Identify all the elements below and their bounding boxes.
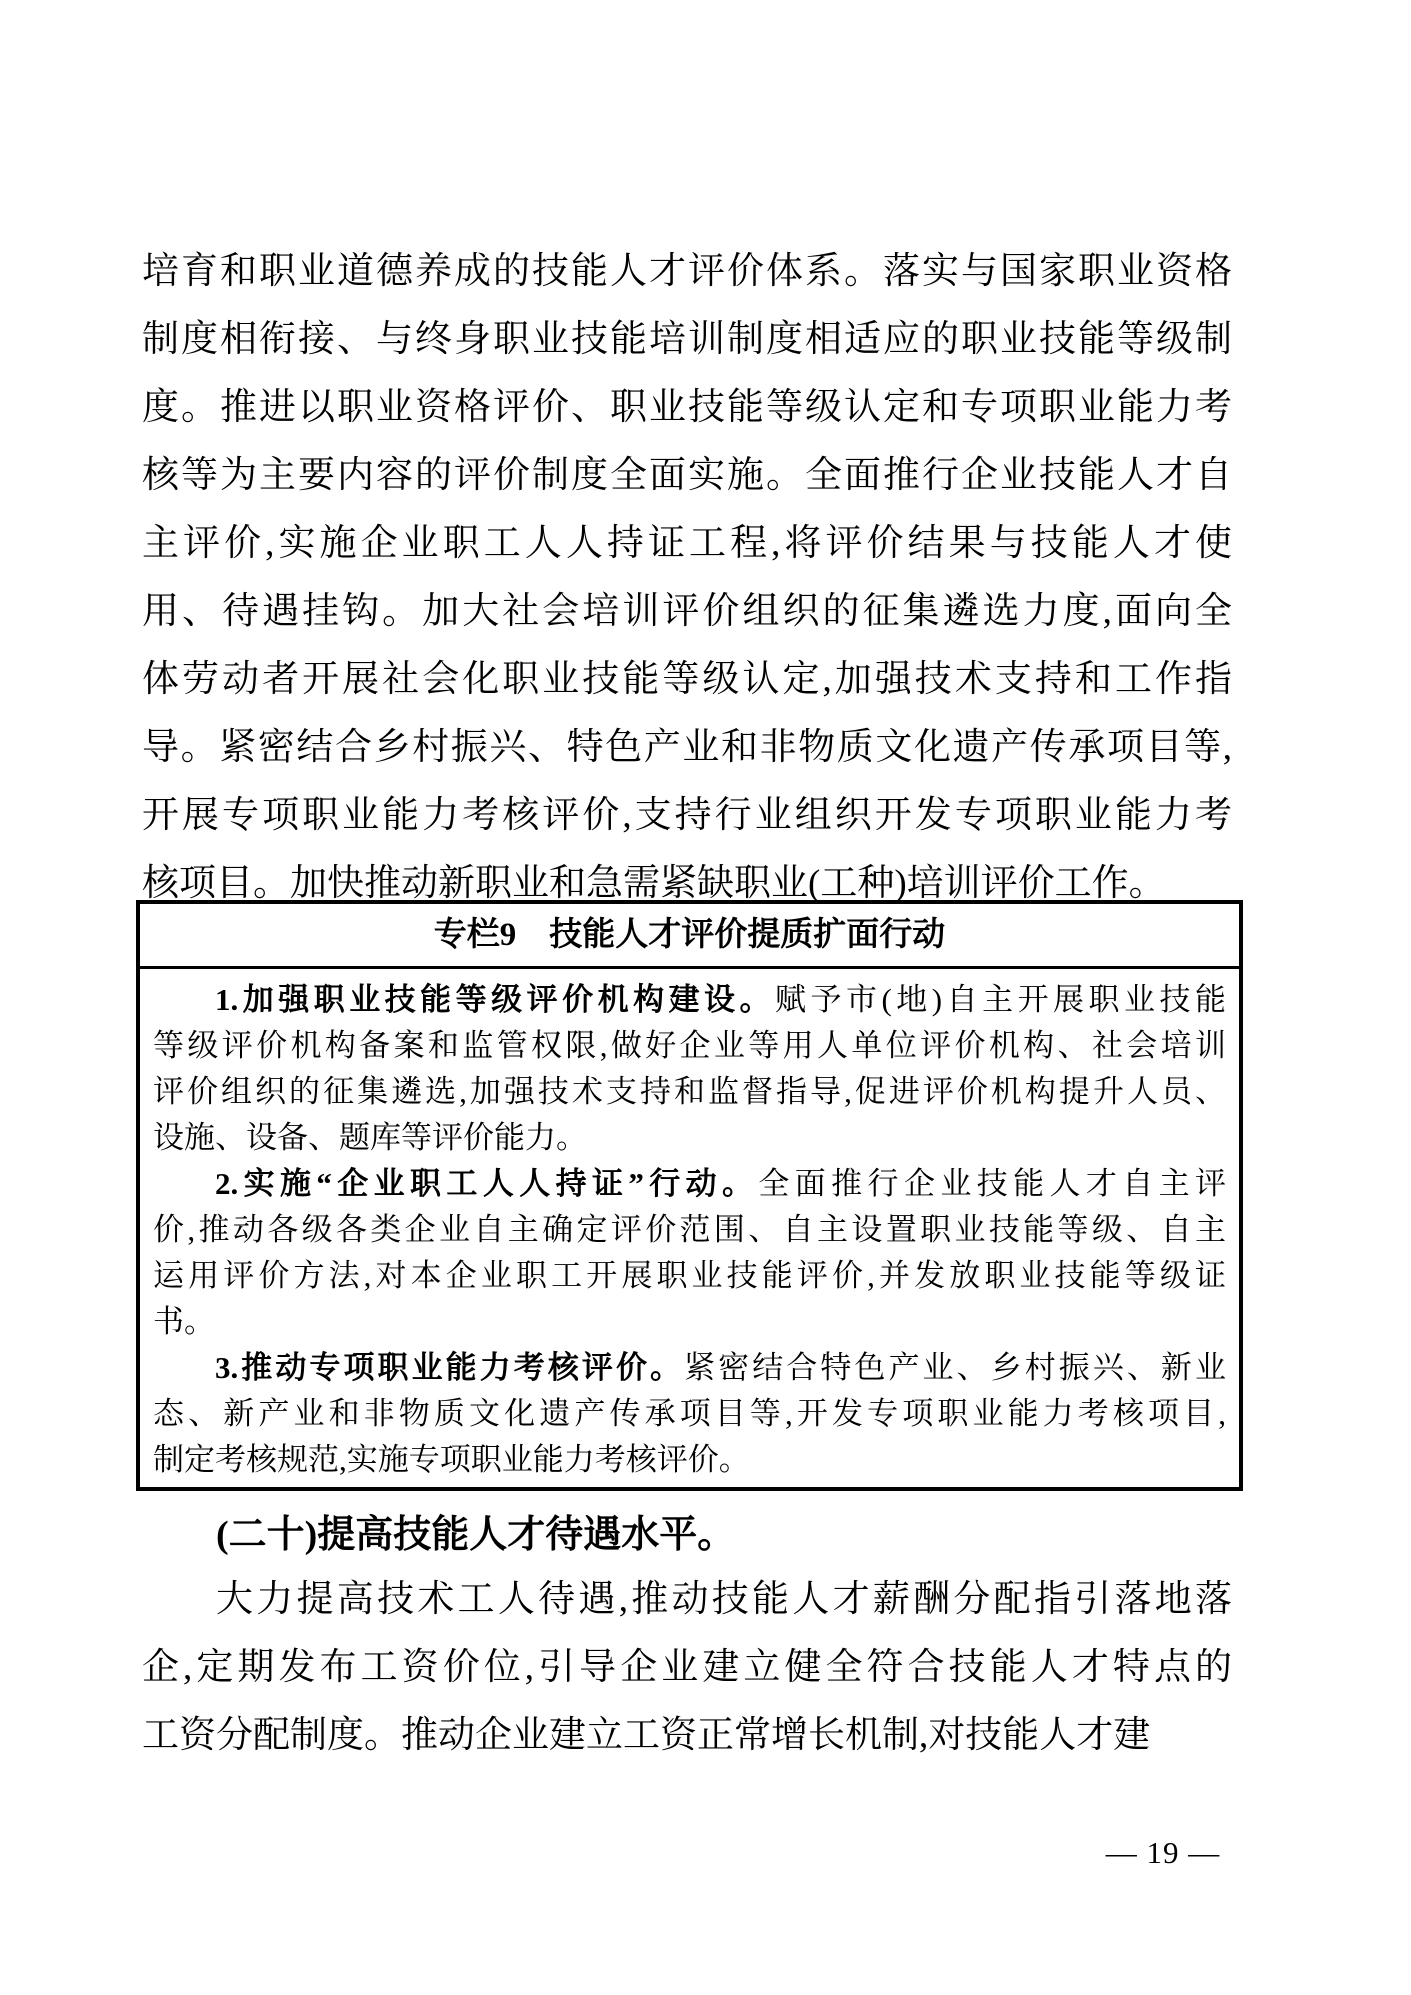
paragraph-line: 主评价,实施企业职工人人持证工程,将评价结果与技能人才使 (142, 510, 1232, 578)
box-item-1-lead: 1.加强职业技能等级评价机构建设。 (215, 982, 775, 1017)
box-item-3-line: 态、新产业和非物质文化遗产传承项目等,开发专项职业能力考核项目, (153, 1391, 1226, 1437)
paragraph-line: 制度相衔接、与终身职业技能培训制度相适应的职业技能等级制 (142, 306, 1232, 374)
page-number: — 19 — (1078, 1833, 1248, 1873)
paragraph-treatment-level: 大力提高技术工人待遇,推动技能人才薪酬分配指引落地落 企,定期发布工资价位,引导… (142, 1566, 1232, 1770)
box-item-1-line: 评价组织的征集遴选,加强技术支持和监督指导,促进评价机构提升人员、 (153, 1069, 1226, 1115)
document-page: 培育和职业道德养成的技能人才评价体系。落实与国家职业资格 制度相衔接、与终身职业… (0, 0, 1411, 1995)
box-item-3-lead: 3.推动专项职业能力考核评价。 (215, 1350, 684, 1385)
box-item-1-line: 1.加强职业技能等级评价机构建设。赋予市(地)自主开展职业技能 (153, 977, 1226, 1023)
column-box-9: 专栏9 技能人才评价提质扩面行动 1.加强职业技能等级评价机构建设。赋予市(地)… (136, 900, 1243, 1491)
paragraph-line: 培育和职业道德养成的技能人才评价体系。落实与国家职业资格 (142, 238, 1232, 306)
paragraph-evaluation-system: 培育和职业道德养成的技能人才评价体系。落实与国家职业资格 制度相衔接、与终身职业… (142, 238, 1232, 918)
box-item-1-line: 等级评价机构备案和监管权限,做好企业等用人单位评价机构、社会培训 (153, 1023, 1226, 1069)
section-heading: (二十)提高技能人才待遇水平。 (142, 1501, 1232, 1569)
box-item-1-lead-tail: 赋予市(地)自主开展职业技能 (775, 982, 1226, 1017)
box-item-2-lead: 2.实施“企业职工人人持证”行动。 (215, 1166, 758, 1201)
box-item-2-line: 运用评价方法,对本企业职工开展职业技能评价,并发放职业技能等级证 (153, 1253, 1226, 1299)
paragraph-line: 工资分配制度。推动企业建立工资正常增长机制,对技能人才建 (142, 1702, 1232, 1770)
box-item-3-lead-tail: 紧密结合特色产业、乡村振兴、新业 (684, 1350, 1226, 1385)
box-item-2-lead-tail: 全面推行企业技能人才自主评 (758, 1166, 1226, 1201)
box-item-2-line: 价,推动各级各类企业自主确定评价范围、自主设置职业技能等级、自主 (153, 1207, 1226, 1253)
paragraph-line: 度。推进以职业资格评价、职业技能等级认定和专项职业能力考 (142, 374, 1232, 442)
box-item-2-line: 书。 (153, 1299, 1226, 1345)
box-item-3-line: 3.推动专项职业能力考核评价。紧密结合特色产业、乡村振兴、新业 (153, 1345, 1226, 1391)
paragraph-line: 用、待遇挂钩。加大社会培训评价组织的征集遴选力度,面向全 (142, 578, 1232, 646)
box-item-2-line: 2.实施“企业职工人人持证”行动。全面推行企业技能人才自主评 (153, 1161, 1226, 1207)
paragraph-line: 大力提高技术工人待遇,推动技能人才薪酬分配指引落地落 (142, 1566, 1232, 1634)
paragraph-line: 导。紧密结合乡村振兴、特色产业和非物质文化遗产传承项目等, (142, 714, 1232, 782)
paragraph-line: 核等为主要内容的评价制度全面实施。全面推行企业技能人才自 (142, 442, 1232, 510)
box-item-3-line: 制定考核规范,实施专项职业能力考核评价。 (153, 1437, 1226, 1483)
column-box-body: 1.加强职业技能等级评价机构建设。赋予市(地)自主开展职业技能 等级评价机构备案… (140, 969, 1239, 1483)
paragraph-line: 开展专项职业能力考核评价,支持行业组织开发专项职业能力考 (142, 782, 1232, 850)
paragraph-line: 体劳动者开展社会化职业技能等级认定,加强技术支持和工作指 (142, 646, 1232, 714)
box-item-1-line: 设施、设备、题库等评价能力。 (153, 1115, 1226, 1161)
paragraph-line: 企,定期发布工资价位,引导企业建立健全符合技能人才特点的 (142, 1634, 1232, 1702)
column-box-title: 专栏9 技能人才评价提质扩面行动 (140, 904, 1239, 969)
